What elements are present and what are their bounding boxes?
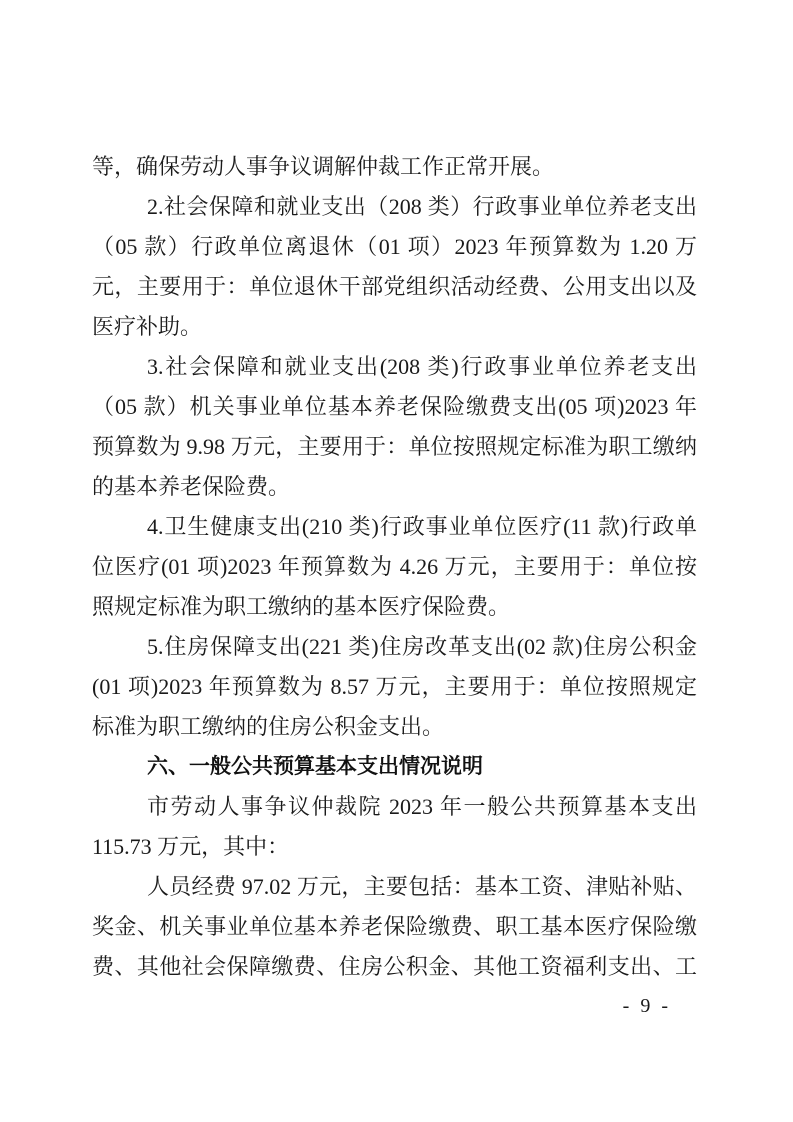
para-item-3-pension-insurance-line-3: 预算数为 9.98 万元，主要用于：单位按照规定标准为职工缴纳 <box>92 427 697 467</box>
para-basic-expenditure-total-line-2: 115.73 万元，其中： <box>92 827 697 867</box>
para-item-5-housing-fund-line-3: 标准为职工缴纳的住房公积金支出。 <box>92 707 697 747</box>
para-item-2-pension-admin-line-2: （05 款）行政单位离退休（01 项）2023 年预算数为 1.20 万 <box>92 227 697 267</box>
para-personnel-funds-line-1: 人员经费 97.02 万元，主要包括：基本工资、津贴补贴、 <box>92 867 697 907</box>
para-item-4-medical-line-3: 照规定标准为职工缴纳的基本医疗保险费。 <box>92 587 697 627</box>
para-item-5-housing-fund-line-1: 5.住房保障支出(221 类)住房改革支出(02 款)住房公积金 <box>92 627 697 667</box>
para-item-3-pension-insurance-line-2: （05 款）机关事业单位基本养老保险缴费支出(05 项)2023 年 <box>92 387 697 427</box>
para-item-5-housing-fund-line-2: (01 项)2023 年预算数为 8.57 万元，主要用于：单位按照规定 <box>92 667 697 707</box>
para-personnel-funds-line-2: 奖金、机关事业单位基本养老保险缴费、职工基本医疗保险缴 <box>92 907 697 947</box>
para-item-3-pension-insurance-line-4: 的基本养老保险费。 <box>92 467 697 507</box>
para-item-2-pension-admin-line-1: 2.社会保障和就业支出（208 类）行政事业单位养老支出 <box>92 187 697 227</box>
document-body: 等，确保劳动人事争议调解仲裁工作正常开展。2.社会保障和就业支出（208 类）行… <box>92 147 697 987</box>
para-personnel-funds-line-3: 费、其他社会保障缴费、住房公积金、其他工资福利支出、工 <box>92 947 697 987</box>
page-number: - 9 - <box>623 995 671 1017</box>
para-item-2-pension-admin-line-3: 元，主要用于：单位退休干部党组织活动经费、公用支出以及 <box>92 267 697 307</box>
page-footer: - 9 - <box>0 995 793 1019</box>
heading-section-six-basic-expenditure-line-1: 六、一般公共预算基本支出情况说明 <box>92 747 697 787</box>
para-item-3-pension-insurance-line-1: 3.社会保障和就业支出(208 类)行政事业单位养老支出 <box>92 347 697 387</box>
para-item-4-medical-line-2: 位医疗(01 项)2023 年预算数为 4.26 万元，主要用于：单位按 <box>92 547 697 587</box>
document-page: 等，确保劳动人事争议调解仲裁工作正常开展。2.社会保障和就业支出（208 类）行… <box>0 0 793 1122</box>
para-item-2-pension-admin-line-4: 医疗补助。 <box>92 307 697 347</box>
para-item-4-medical-line-1: 4.卫生健康支出(210 类)行政事业单位医疗(11 款)行政单 <box>92 507 697 547</box>
para-continuation-line-1: 等，确保劳动人事争议调解仲裁工作正常开展。 <box>92 147 697 187</box>
para-basic-expenditure-total-line-1: 市劳动人事争议仲裁院 2023 年一般公共预算基本支出 <box>92 787 697 827</box>
